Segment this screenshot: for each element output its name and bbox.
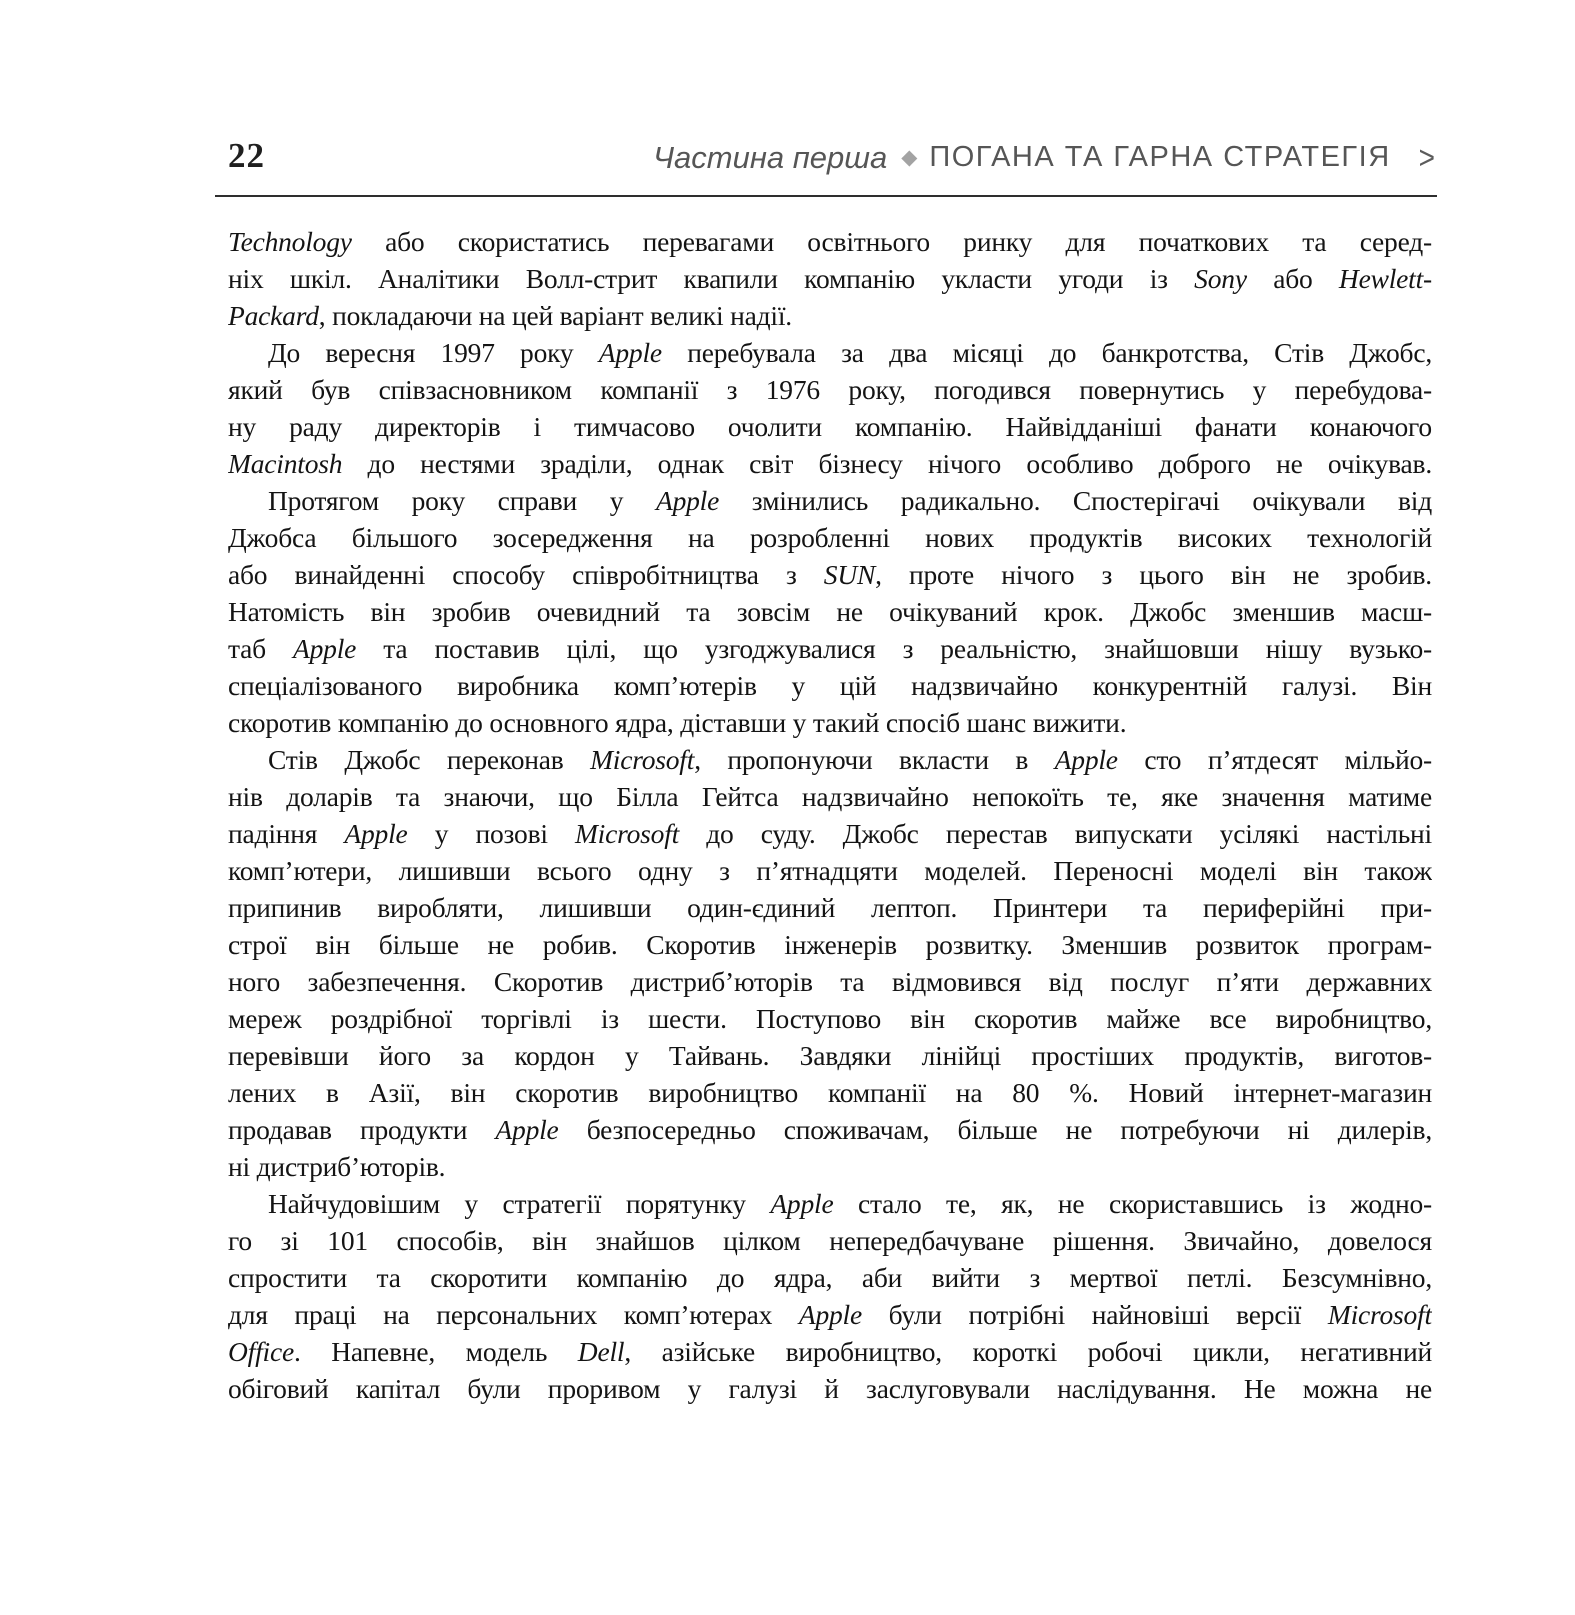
text-line: Найчудовішим у стратегії порятунку Apple… — [228, 1185, 1432, 1222]
text-segment: мереж роздрібної торгівлі із шести. Пост… — [228, 1003, 1432, 1034]
text-segment: у позові — [408, 818, 575, 849]
diamond-icon: ◆ — [901, 147, 917, 168]
text-line: скоротив компанію до основного ядра, діс… — [228, 704, 1432, 741]
italic-text: Technology — [228, 226, 352, 257]
text-segment: ніх шкіл. Аналітики Волл-стрит квапили к… — [228, 263, 1194, 294]
text-segment: або — [1247, 263, 1339, 294]
text-line: го зі 101 способів, він знайшов цілком н… — [228, 1222, 1432, 1259]
text-line: ного забезпечення. Скоротив дистриб’ютор… — [228, 963, 1432, 1000]
italic-text: Apple — [293, 633, 356, 664]
text-segment: безпосередньо споживачам, більше не потр… — [559, 1114, 1432, 1145]
text-line: обіговий капітал були проривом у галузі … — [228, 1370, 1432, 1407]
text-segment: комп’ютери, лишивши всього одну з п’ятна… — [228, 855, 1432, 886]
text-segment: до нестями зраділи, однак світ бізнесу н… — [342, 448, 1432, 479]
text-line: До вересня 1997 року Apple перебувала за… — [228, 334, 1432, 371]
chapter-title: ПОГАНА ТА ГАРНА СТРАТЕГІЯ — [929, 143, 1390, 172]
text-segment: Найчудовішим у стратегії порятунку — [268, 1188, 770, 1219]
text-segment: ну раду директорів і тимчасово очолити к… — [228, 411, 1432, 442]
text-segment: до суду. Джобс перестав випускати усіляк… — [679, 818, 1432, 849]
italic-text: Microsoft — [575, 818, 679, 849]
text-line: припинив виробляти, лишивши один-єдиний … — [228, 889, 1432, 926]
text-line: мереж роздрібної торгівлі із шести. Пост… — [228, 1000, 1432, 1037]
text-segment: ного забезпечення. Скоротив дистриб’ютор… — [228, 966, 1432, 997]
italic-text: Packard — [228, 300, 319, 331]
text-segment: Стів Джобс переконав — [268, 744, 590, 775]
italic-text: Microsoft — [1328, 1299, 1432, 1330]
paragraph: Technology або скористатись перевагами о… — [228, 223, 1432, 334]
text-segment: або скористатись перевагами освітнього р… — [352, 226, 1432, 257]
text-segment: , проте нічого з цього він не зробив. — [875, 559, 1432, 590]
paragraph: До вересня 1997 року Apple перебувала за… — [228, 334, 1432, 482]
text-segment: . Напевне, модель — [294, 1336, 578, 1367]
text-line: нів доларів та знаючи, що Білла Гейтса н… — [228, 778, 1432, 815]
italic-text: Apple — [770, 1188, 833, 1219]
text-segment: таб — [228, 633, 293, 664]
text-line: лених в Азії, він скоротив виробництво к… — [228, 1074, 1432, 1111]
text-line: комп’ютери, лишивши всього одну з п’ятна… — [228, 852, 1432, 889]
book-page: 22 Частина перша ◆ ПОГАНА ТА ГАРНА СТРАТ… — [0, 0, 1575, 1615]
italic-text: Sony — [1194, 263, 1247, 294]
text-line: або винайденні способу співробітництва з… — [228, 556, 1432, 593]
text-line: Packard, покладаючи на цей варіант велик… — [228, 297, 1432, 334]
text-segment: падіння — [228, 818, 344, 849]
text-segment: , азійське виробництво, короткі робочі ц… — [624, 1336, 1432, 1367]
text-segment: змінились радикально. Спостерігачі очіку… — [719, 485, 1432, 516]
text-line: перевівши його за кордон у Тайвань. Завд… — [228, 1037, 1432, 1074]
text-segment: для праці на персональних комп’ютерах — [228, 1299, 799, 1330]
text-segment: сто п’ятдесят мільйо- — [1118, 744, 1432, 775]
paragraph: Найчудовішим у стратегії порятунку Apple… — [228, 1185, 1432, 1407]
text-segment: обіговий капітал були проривом у галузі … — [228, 1373, 1432, 1404]
italic-text: Apple — [656, 485, 719, 516]
page-number: 22 — [228, 138, 265, 173]
paragraph: Стів Джобс переконав Microsoft, пропоную… — [228, 741, 1432, 1185]
text-segment: перебувала за два місяці до банкротства,… — [662, 337, 1432, 368]
text-line: Натомість він зробив очевидний та зовсім… — [228, 593, 1432, 630]
text-line: Macintosh до нестями зраділи, однак світ… — [228, 445, 1432, 482]
text-line: Стів Джобс переконав Microsoft, пропоную… — [228, 741, 1432, 778]
text-segment: спростити та скоротити компанію до ядра,… — [228, 1262, 1432, 1293]
text-segment: строї він більше не робив. Скоротив інже… — [228, 929, 1432, 960]
paragraph: Протягом року справи у Apple змінились р… — [228, 482, 1432, 741]
text-segment: припинив виробляти, лишивши один-єдиний … — [228, 892, 1432, 923]
italic-text: Hewlett- — [1339, 263, 1432, 294]
text-segment: Протягом року справи у — [268, 485, 656, 516]
text-segment: перевівши його за кордон у Тайвань. Завд… — [228, 1040, 1432, 1071]
text-line: спростити та скоротити компанію до ядра,… — [228, 1259, 1432, 1296]
italic-text: Apple — [1055, 744, 1118, 775]
page-header: 22 Частина перша ◆ ПОГАНА ТА ГАРНА СТРАТ… — [228, 138, 1435, 173]
italic-text: Apple — [495, 1114, 558, 1145]
text-line: Technology або скористатись перевагами о… — [228, 223, 1432, 260]
text-segment: або винайденні способу співробітництва з — [228, 559, 824, 590]
italic-text: Dell — [578, 1336, 625, 1367]
text-line: ні дистриб’юторів. — [228, 1148, 1432, 1185]
text-segment: нів доларів та знаючи, що Білла Гейтса н… — [228, 781, 1432, 812]
text-line: спеціалізованого виробника комп’ютерів у… — [228, 667, 1432, 704]
italic-text: Apple — [799, 1299, 862, 1330]
italic-text: Macintosh — [228, 448, 342, 479]
text-segment: , покладаючи на цей варіант великі надії… — [319, 300, 792, 331]
text-segment: ні дистриб’юторів. — [228, 1151, 445, 1182]
chevron-right-icon: > — [1419, 141, 1435, 173]
text-line: строї він більше не робив. Скоротив інже… — [228, 926, 1432, 963]
text-line: Джобса більшого зосередження на розробле… — [228, 519, 1432, 556]
italic-text: Apple — [599, 337, 662, 368]
text-segment: були потрібні найновіші версії — [862, 1299, 1328, 1330]
text-line: Протягом року справи у Apple змінились р… — [228, 482, 1432, 519]
part-label: Частина перша — [653, 142, 887, 173]
text-line: ніх шкіл. Аналітики Волл-стрит квапили к… — [228, 260, 1432, 297]
text-segment: та поставив цілі, що узгоджувалися з реа… — [356, 633, 1432, 664]
text-line: ну раду директорів і тимчасово очолити к… — [228, 408, 1432, 445]
text-line: для праці на персональних комп’ютерах Ap… — [228, 1296, 1432, 1333]
text-segment: скоротив компанію до основного ядра, діс… — [228, 707, 1126, 738]
italic-text: Office — [228, 1336, 294, 1367]
text-line: Office. Напевне, модель Dell, азійське в… — [228, 1333, 1432, 1370]
text-segment: Натомість він зробив очевидний та зовсім… — [228, 596, 1432, 627]
italic-text: Apple — [344, 818, 407, 849]
text-line: таб Apple та поставив цілі, що узгоджува… — [228, 630, 1432, 667]
text-segment: , пропонуючи вкласти в — [694, 744, 1054, 775]
header-rule — [215, 195, 1437, 197]
text-line: падіння Apple у позові Microsoft до суду… — [228, 815, 1432, 852]
text-segment: стало те, як, не скориставшись із жодно- — [833, 1188, 1432, 1219]
page-body: Technology або скористатись перевагами о… — [228, 223, 1432, 1407]
text-segment: Джобса більшого зосередження на розробле… — [228, 522, 1432, 553]
italic-text: Microsoft — [590, 744, 694, 775]
italic-text: SUN — [824, 559, 875, 590]
text-segment: продавав продукти — [228, 1114, 495, 1145]
text-segment: го зі 101 способів, він знайшов цілком н… — [228, 1225, 1432, 1256]
text-line: який був співзасновником компанії з 1976… — [228, 371, 1432, 408]
text-segment: До вересня 1997 року — [268, 337, 599, 368]
text-line: продавав продукти Apple безпосередньо сп… — [228, 1111, 1432, 1148]
running-head: Частина перша ◆ ПОГАНА ТА ГАРНА СТРАТЕГІ… — [653, 142, 1435, 173]
text-segment: спеціалізованого виробника комп’ютерів у… — [228, 670, 1432, 701]
text-segment: який був співзасновником компанії з 1976… — [228, 374, 1432, 405]
text-segment: лених в Азії, він скоротив виробництво к… — [228, 1077, 1432, 1108]
